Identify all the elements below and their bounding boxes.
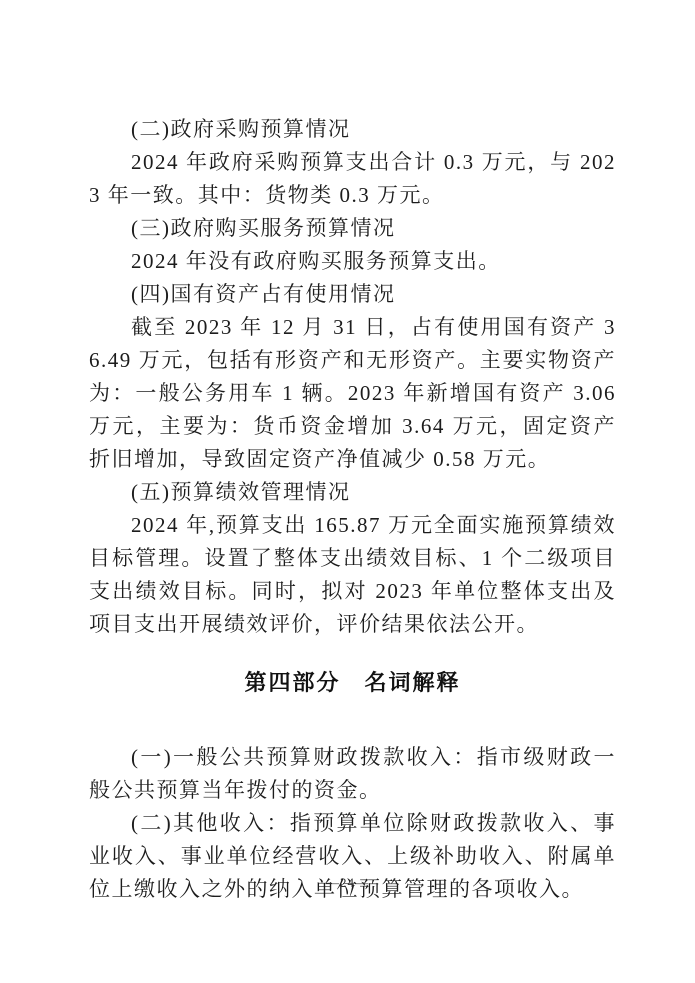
para-term-other-income: (二)其他收入：指预算单位除财政拨款收入、事业收入、事业单位经营收入、上级补助收… — [89, 807, 616, 906]
para-state-assets-heading: (四)国有资产占有使用情况 — [89, 278, 616, 311]
para-performance-body: 2024 年,预算支出 165.87 万元全面实施预算绩效目标管理。设置了整体支… — [89, 509, 616, 641]
para-state-assets-body: 截至 2023 年 12 月 31 日，占有使用国有资产 36.49 万元，包括… — [89, 311, 616, 476]
para-purchase-services-heading: (三)政府购买服务预算情况 — [89, 212, 616, 245]
document-content: (二)政府采购预算情况 2024 年政府采购预算支出合计 0.3 万元，与 20… — [89, 113, 616, 906]
para-term-general-public-budget-income: (一)一般公共预算财政拨款收入：指市级财政一般公共预算当年拨付的资金。 — [89, 741, 616, 807]
para-gov-procurement-heading: (二)政府采购预算情况 — [89, 113, 616, 146]
para-gov-procurement-body: 2024 年政府采购预算支出合计 0.3 万元，与 2023 年一致。其中：货物… — [89, 146, 616, 212]
page-number: —24— — [0, 875, 695, 891]
section-heading-part4: 第四部分 名词解释 — [89, 667, 616, 699]
para-purchase-services-body: 2024 年没有政府购买服务预算支出。 — [89, 245, 616, 278]
document-page: (二)政府采购预算情况 2024 年政府采购预算支出合计 0.3 万元，与 20… — [0, 0, 695, 983]
para-performance-heading: (五)预算绩效管理情况 — [89, 476, 616, 509]
